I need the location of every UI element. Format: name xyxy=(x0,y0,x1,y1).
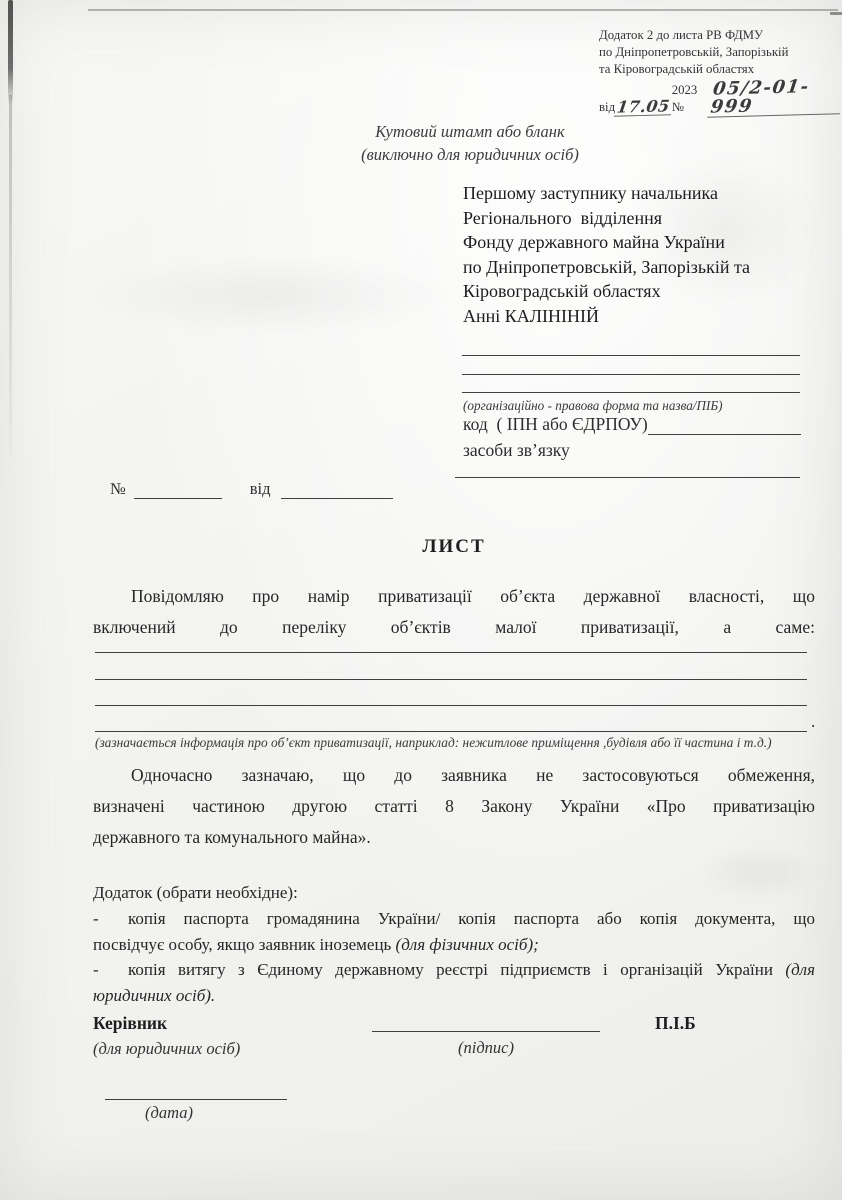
recipient-line: Регіонального відділення xyxy=(463,206,750,231)
scan-edge-artifact-left xyxy=(8,0,13,105)
scan-edge-artifact-corner xyxy=(830,12,842,15)
stamp-note-line: (виключно для юридичних осіб) xyxy=(310,143,630,166)
attachment-item-line: -копія паспорта громадянина України/ коп… xyxy=(93,906,815,932)
signatory-role-note: (для юридичних осіб) xyxy=(93,1039,240,1059)
annex-corner-note: Додаток 2 до листа РВ ФДМУ по Дніпропетр… xyxy=(599,27,842,116)
paragraph-line: включений до переліку об’єктів малої при… xyxy=(93,612,815,643)
paragraph-1: Повідомляю про намір приватизації об’єкт… xyxy=(93,581,815,643)
annex-note-reference-line: від17.052023 №05/2-01-999 xyxy=(599,79,842,116)
attachment-item-line: посвідчує особу, якщо заявник іноземець … xyxy=(93,932,815,958)
attachments-list: -копія паспорта громадянина України/ коп… xyxy=(93,906,815,1008)
signature-caption: (підпис) xyxy=(372,1038,600,1058)
contact-label: засоби зв’язку xyxy=(463,440,570,461)
recipient-line: Анні КАЛІНІНІЙ xyxy=(463,304,750,329)
recipient-line: Кіровоградській областях xyxy=(463,279,750,304)
attachment-text: копія паспорта громадянина України/ копі… xyxy=(128,909,815,928)
year-number-label: 2023 № xyxy=(672,82,710,116)
date-label: від xyxy=(599,99,615,116)
bleedthrough-artifact xyxy=(700,845,820,900)
object-fill-line xyxy=(95,679,807,680)
signature-line xyxy=(372,1031,600,1032)
bleedthrough-artifact xyxy=(85,255,455,335)
attachment-text: копія витягу з Єдиному державному реєстр… xyxy=(128,960,785,979)
applicant-code-row: код ( ІПН або ЄДРПОУ) xyxy=(463,414,801,435)
date-label: від xyxy=(250,479,271,499)
object-fill-line xyxy=(95,705,807,706)
reference-row: № від xyxy=(110,479,393,499)
list-dash: - xyxy=(93,957,128,983)
paragraph-line: Повідомляю про намір приватизації об’єкт… xyxy=(93,581,815,612)
object-fill-line xyxy=(95,652,807,653)
paragraph-line: Одночасно зазначаю, що до заявника не за… xyxy=(93,760,815,791)
paragraph-line: визначені частиною другою статті 8 Закон… xyxy=(93,791,815,822)
date-caption: (дата) xyxy=(145,1103,193,1123)
object-fill-line xyxy=(95,731,807,732)
date-fill-line xyxy=(281,478,393,499)
scan-edge-artifact-left-faint xyxy=(9,95,12,455)
attachment-text-italic: (для фізичних осіб); xyxy=(396,935,539,954)
handwritten-date: 17.05 xyxy=(614,98,673,116)
attachment-item-line: -копія витягу з Єдиному державному реєст… xyxy=(93,957,815,983)
attachment-text: посвідчує особу, якщо заявник іноземець xyxy=(93,935,396,954)
object-fill-note: (зазначається інформація про об’єкт прив… xyxy=(95,735,815,751)
attachment-text-italic: юридичних осіб). xyxy=(93,986,215,1005)
handwritten-outgoing-number: 05/2-01-999 xyxy=(707,77,842,117)
number-label: № xyxy=(110,479,126,499)
number-fill-line xyxy=(134,478,222,499)
recipient-line: Фонду державного майна України xyxy=(463,230,750,255)
applicant-fill-line xyxy=(462,374,800,375)
signatory-role: Керівник xyxy=(93,1013,167,1034)
code-fill-line xyxy=(648,413,801,435)
paragraph-line: державного та комунального майна». xyxy=(93,822,815,853)
trailing-period: . xyxy=(811,712,815,732)
annex-note-line: по Дніпропетровській, Запорізькій xyxy=(599,44,842,61)
contact-fill-line xyxy=(455,477,800,478)
corner-stamp-note: Кутовий штамп або бланк (виключно для юр… xyxy=(310,120,630,166)
applicant-fill-line xyxy=(462,355,800,356)
stamp-note-line: Кутовий штамп або бланк xyxy=(310,120,630,143)
annex-note-line: Додаток 2 до листа РВ ФДМУ xyxy=(599,27,842,44)
recipient-line: Першому заступнику начальника xyxy=(463,181,750,206)
applicant-fill-line xyxy=(462,392,800,393)
scan-edge-artifact-top xyxy=(88,9,838,11)
recipient-line: по Дніпропетровській, Запорізькій та xyxy=(463,255,750,280)
applicant-form-caption: (організаційно - правова форма та назва/… xyxy=(463,398,723,414)
letter-title: ЛИСТ xyxy=(93,536,815,558)
date-line xyxy=(105,1099,287,1100)
list-dash: - xyxy=(93,906,128,932)
name-label: П.І.Б xyxy=(655,1013,696,1034)
paragraph-2: Одночасно зазначаю, що до заявника не за… xyxy=(93,760,815,853)
attachments-header: Додаток (обрати необхідне): xyxy=(93,883,298,903)
attachment-item-line: юридичних осіб). xyxy=(93,983,815,1009)
recipient-block: Першому заступнику начальника Регіональн… xyxy=(463,181,750,329)
attachment-text-italic: (для xyxy=(785,960,815,979)
scanned-letter-page: Додаток 2 до листа РВ ФДМУ по Дніпропетр… xyxy=(0,0,842,1200)
code-label: код ( ІПН або ЄДРПОУ) xyxy=(463,414,648,435)
